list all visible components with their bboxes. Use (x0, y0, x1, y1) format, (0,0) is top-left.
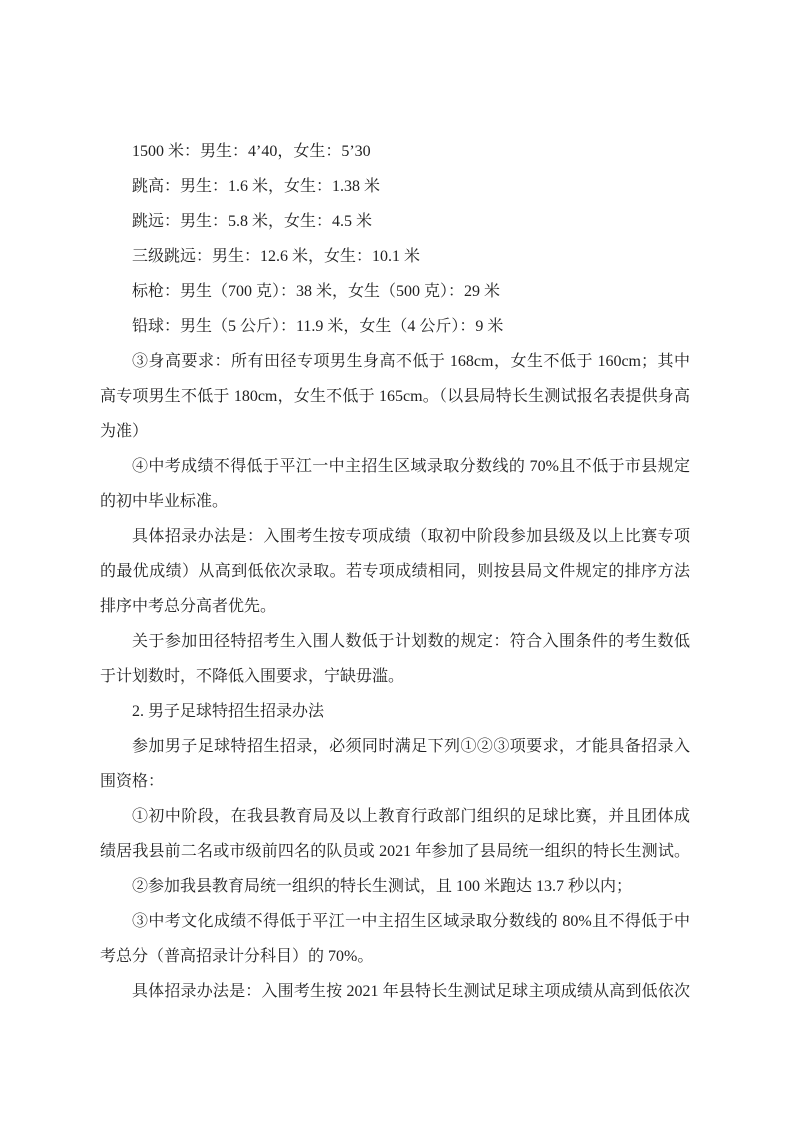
text-line: 排序中考总分高者优先。 (100, 589, 690, 624)
text-line: 高专项男生不低于 180cm，女生不低于 165cm。（以县局特长生测试报名表提… (100, 379, 690, 414)
text-line: ②参加我县教育局统一组织的特长生测试，且 100 米跑达 13.7 秒以内； (100, 869, 690, 904)
text-line: 跳高：男生：1.6 米，女生：1.38 米 (100, 169, 690, 204)
text-line: 的初中毕业标准。 (100, 484, 690, 519)
text-line: 绩居我县前二名或市级前四名的队员或 2021 年参加了县局统一组织的特长生测试。 (100, 834, 690, 869)
text-line: 于计划数时，不降低入围要求，宁缺毋滥。 (100, 659, 690, 694)
text-line: 关于参加田径特招考生入围人数低于计划数的规定：符合入围条件的考生数低 (100, 624, 690, 659)
text-line: 考总分（普高招录计分科目）的 70%。 (100, 939, 690, 974)
text-line: 参加男子足球特招生招录，必须同时满足下列①②③项要求，才能具备招录入 (100, 729, 690, 764)
text-line: 围资格： (100, 764, 690, 799)
text-line: ③身高要求：所有田径专项男生身高不低于 168cm，女生不低于 160cm；其中… (100, 344, 690, 379)
text-line: 铅球：男生（5 公斤）：11.9 米，女生（4 公斤）：9 米 (100, 309, 690, 344)
text-line: 标枪：男生（700 克）：38 米，女生（500 克）：29 米 (100, 274, 690, 309)
text-line: ③中考文化成绩不得低于平江一中主招生区域录取分数线的 80%且不得低于中 (100, 904, 690, 939)
text-line: 的最优成绩）从高到低依次录取。若专项成绩相同，则按县局文件规定的排序方法 (100, 554, 690, 589)
text-line: 2. 男子足球特招生招录办法 (100, 694, 690, 729)
document-page: 1500 米：男生：4’40，女生：5’30 跳高：男生：1.6 米，女生：1.… (0, 0, 793, 1122)
text-line: 跳远：男生：5.8 米，女生：4.5 米 (100, 204, 690, 239)
text-line: ④中考成绩不得低于平江一中主招生区域录取分数线的 70%且不低于市县规定 (100, 449, 690, 484)
text-line: 三级跳远：男生：12.6 米，女生：10.1 米 (100, 239, 690, 274)
text-line: ①初中阶段，在我县教育局及以上教育行政部门组织的足球比赛，并且团体成 (100, 799, 690, 834)
text-line: 具体招录办法是：入围考生按 2021 年县特长生测试足球主项成绩从高到低依次 (100, 974, 690, 1009)
text-line: 1500 米：男生：4’40，女生：5’30 (100, 134, 690, 169)
document-body: 1500 米：男生：4’40，女生：5’30 跳高：男生：1.6 米，女生：1.… (100, 134, 690, 1009)
text-line: 具体招录办法是：入围考生按专项成绩（取初中阶段参加县级及以上比赛专项 (100, 519, 690, 554)
text-line: 为准） (100, 414, 690, 449)
